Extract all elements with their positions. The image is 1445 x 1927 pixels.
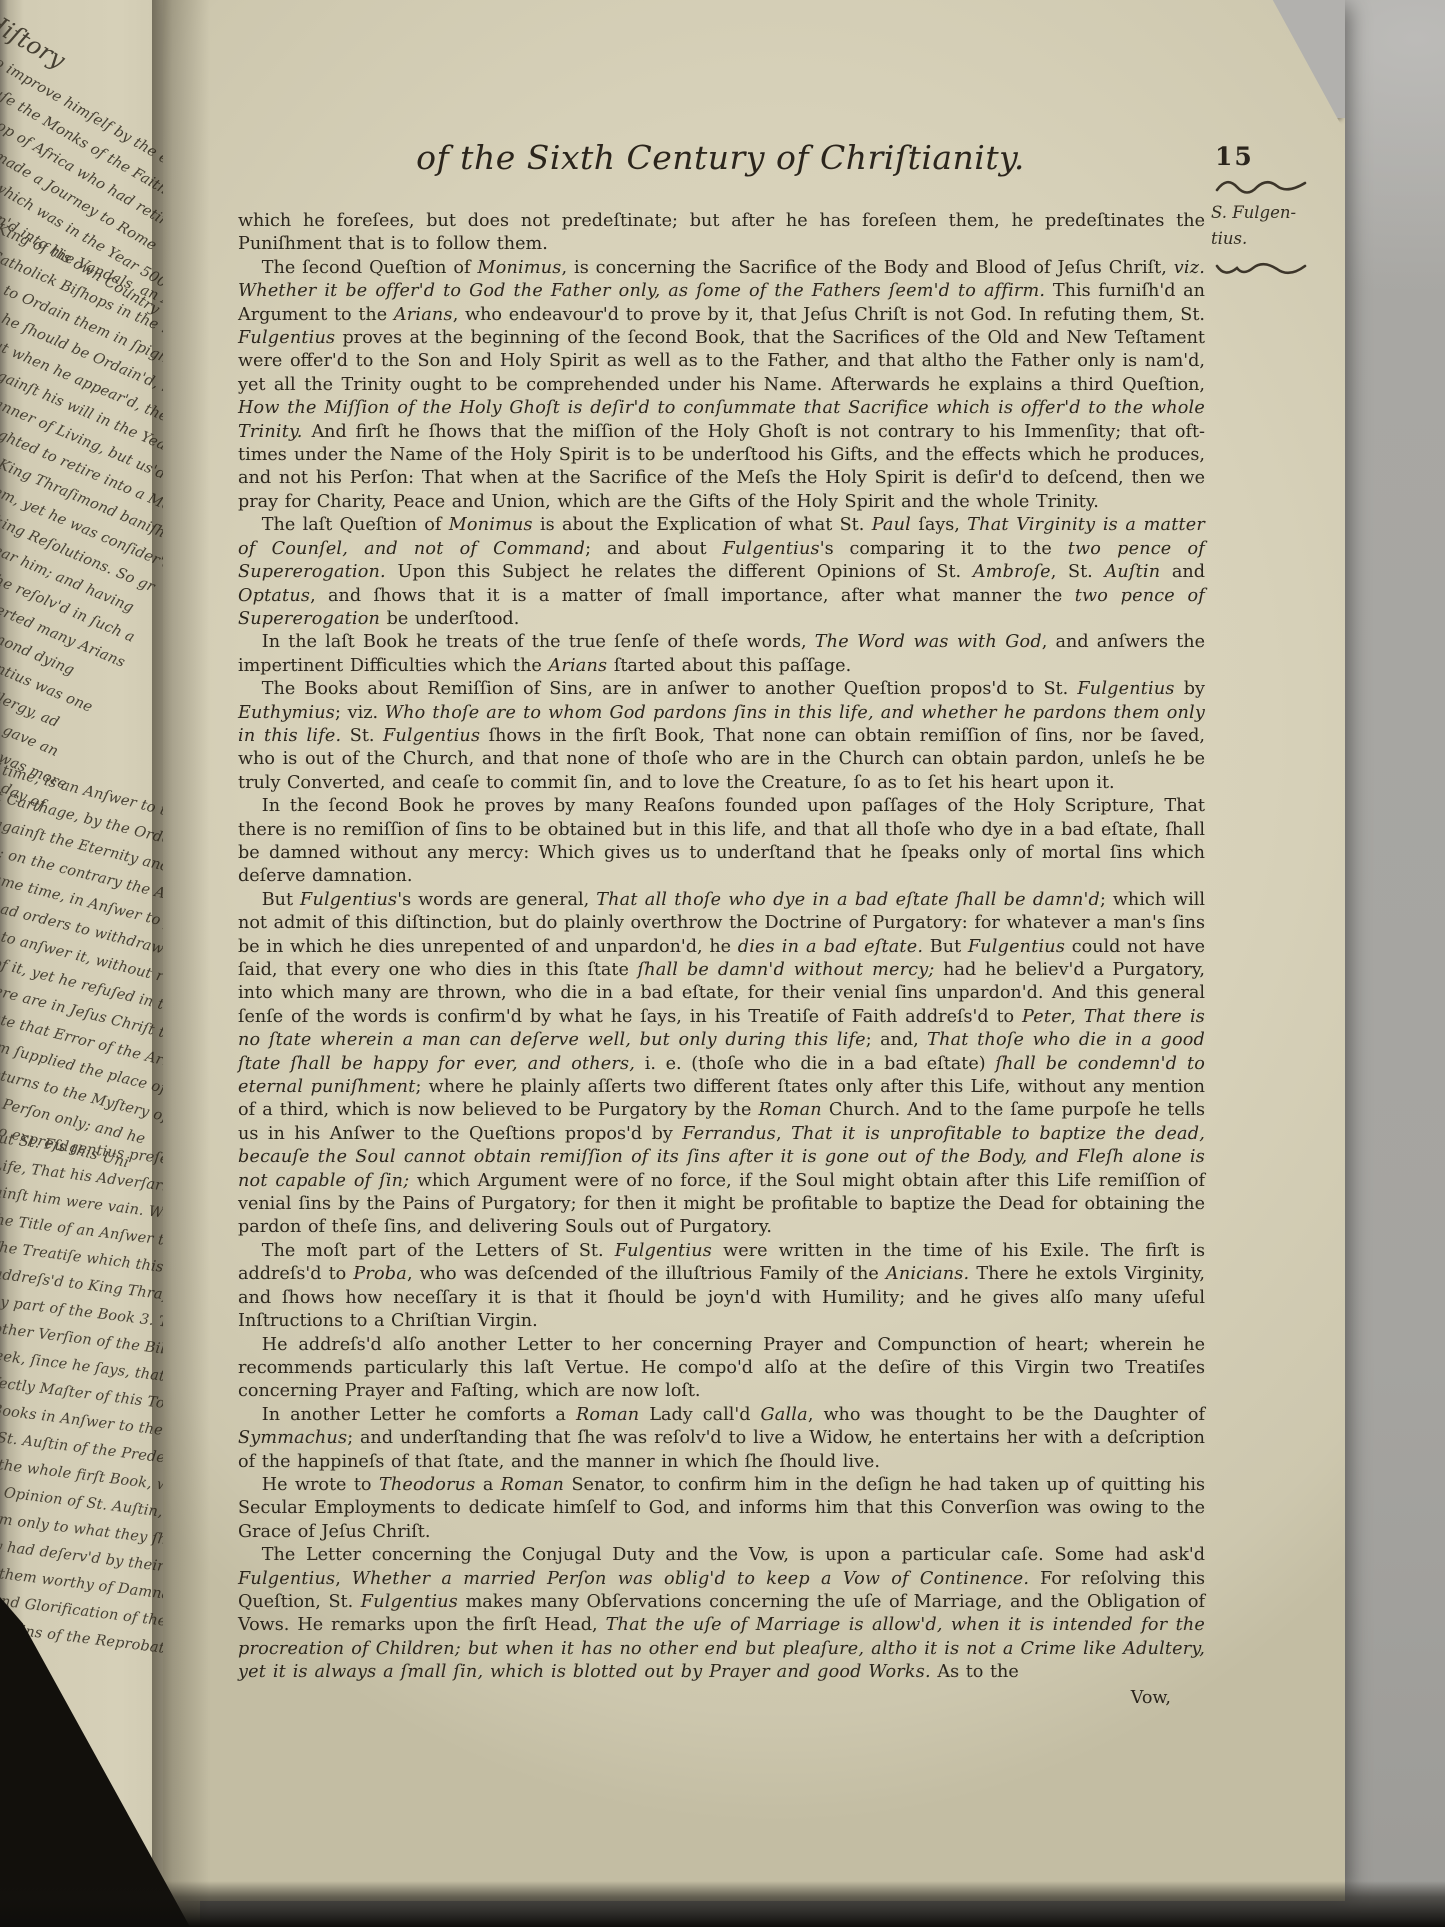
squiggle-ornament-icon [1213,256,1311,282]
catchword: Vow, [238,1687,1205,1710]
margin-note-line: S. Fulgen- [1211,200,1339,226]
page-title: of the Sixth Century of Chriſtianity. [238,138,1203,177]
margin-note: S. Fulgen-tius. [1211,170,1339,284]
page-body: which he foreſees, but does not predeſti… [238,210,1205,1710]
body-paragraph: He wrote to Theodorus a Roman Senator, t… [238,1474,1205,1544]
body-paragraph: The ſecond Queſtion of Monimus, is conce… [238,257,1205,514]
body-paragraph: The Letter concerning the Conjugal Duty … [238,1544,1205,1684]
body-paragraph: In another Letter he comforts a Roman La… [238,1404,1205,1474]
body-paragraph: In the laſt Book he treats of the true ſ… [238,631,1205,678]
squiggle-ornament-icon [1213,174,1311,198]
body-paragraph: The laſt Queſtion of Monimus is about th… [238,514,1205,631]
body-paragraph: In the ſecond Book he proves by many Rea… [238,795,1205,889]
running-head: of the Sixth Century of Chriſtianity. 15 [163,0,1345,210]
book-page: of the Sixth Century of Chriſtianity. 15… [163,0,1345,1901]
body-paragraph: which he foreſees, but does not predeſti… [238,210,1205,257]
page-number: 15 [1215,142,1335,171]
body-paragraph: But Fulgentius's words are general, That… [238,889,1205,1240]
body-paragraph: He addreſs'd alſo another Letter to her … [238,1334,1205,1404]
margin-note-line: tius. [1211,226,1339,252]
page-gutter-shadow [152,0,210,1927]
scan-edge-shadow [0,1881,1445,1927]
body-paragraph: The moſt part of the Letters of St. Fulg… [238,1240,1205,1334]
body-paragraph: The Books about Remiſſion of Sins, are i… [238,678,1205,795]
